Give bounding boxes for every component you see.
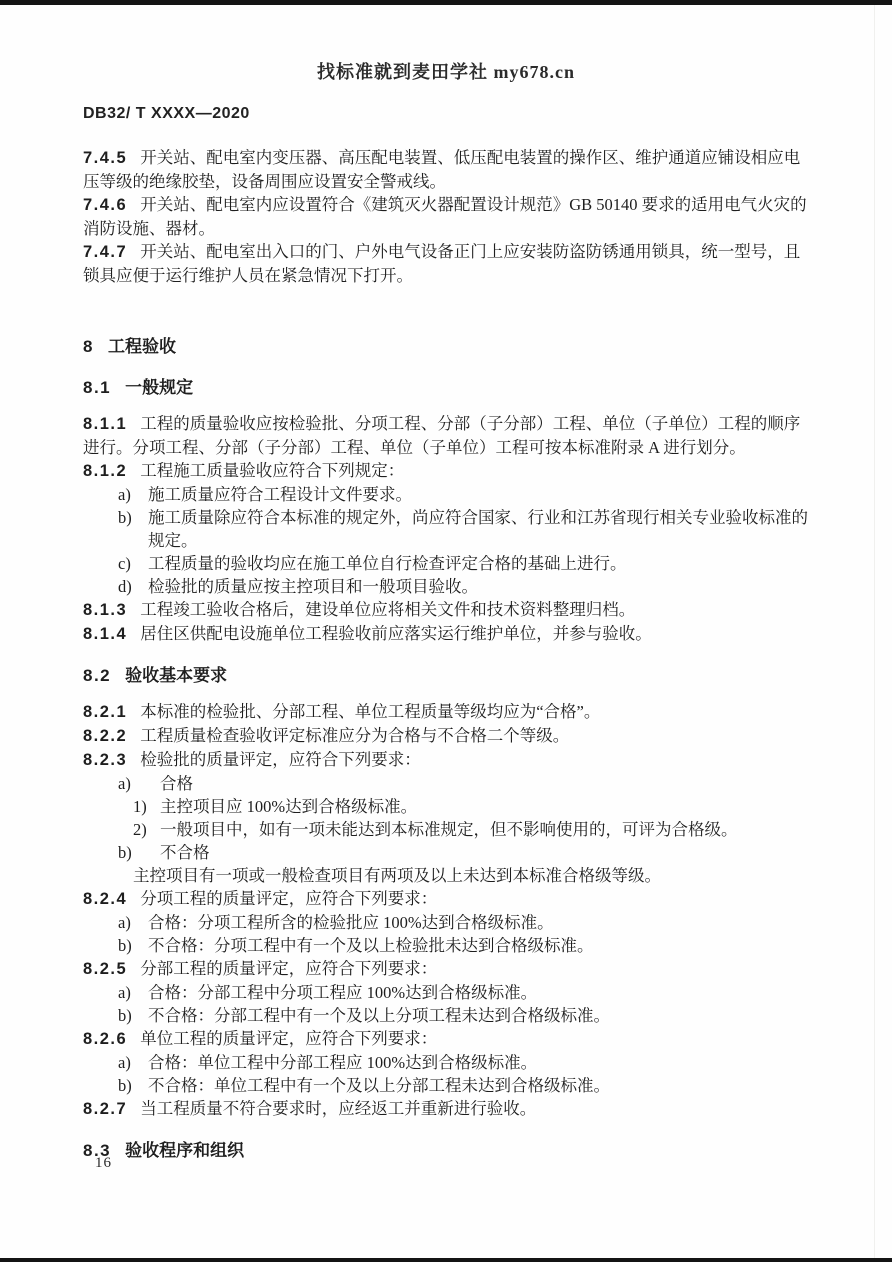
subsection-heading: 8.2验收基本要求 bbox=[83, 664, 811, 687]
list-marker: b) bbox=[118, 1074, 132, 1097]
subsection-heading: 8.1一般规定 bbox=[83, 376, 811, 399]
clause-text: 单位工程的质量评定，应符合下列要求： bbox=[140, 1029, 437, 1048]
clause-text: 工程质量的验收均应在施工单位自行检查评定合格的基础上进行。 bbox=[148, 554, 627, 573]
clause-number: 8.1.1 bbox=[83, 415, 127, 433]
clause-text: 检验批的质量应按主控项目和一般项目验收。 bbox=[148, 577, 478, 596]
numbered-item: 2)一般项目中，如有一项未能达到本标准规定，但不影响使用的，可评为合格级。 bbox=[83, 818, 811, 841]
list-marker: b) bbox=[118, 1004, 132, 1027]
list-marker: c) bbox=[118, 552, 131, 575]
clause-text: 合格 bbox=[160, 774, 193, 793]
clause-text: 主控项目有一项或一般检查项目有两项及以上未达到本标准合格级等级。 bbox=[133, 866, 661, 885]
clause-text: 开关站、配电室内变压器、高压配电装置、低压配电装置的操作区、维护通道应铺设相应电… bbox=[83, 148, 800, 191]
clause: 8.1.2工程施工质量验收应符合下列规定： bbox=[83, 459, 811, 483]
clause: 8.2.4分项工程的质量评定，应符合下列要求： bbox=[83, 887, 811, 911]
list-marker: a) bbox=[118, 981, 131, 1004]
clause-number: 8.2.6 bbox=[83, 1030, 127, 1048]
clause-number: 8.2.7 bbox=[83, 1100, 127, 1118]
clause-text: 一般项目中，如有一项未能达到本标准规定，但不影响使用的，可评为合格级。 bbox=[160, 820, 738, 839]
clause-text: 工程质量检查验收评定标准应分为合格与不合格二个等级。 bbox=[140, 726, 569, 745]
clause-text: 居住区供配电设施单位工程验收前应落实运行维护单位，并参与验收。 bbox=[140, 624, 652, 643]
clause-number: 8.1 bbox=[83, 378, 111, 397]
clause: 8.2.1本标准的检验批、分部工程、单位工程质量等级均应为“合格”。 bbox=[83, 700, 811, 724]
list-item: b)不合格：单位工程中有一个及以上分部工程未达到合格级标准。 bbox=[83, 1074, 811, 1097]
page-number: 16 bbox=[95, 1155, 112, 1172]
list-item: d)检验批的质量应按主控项目和一般项目验收。 bbox=[83, 575, 811, 598]
clause-number: 7.4.7 bbox=[83, 243, 127, 261]
watermark-text: 找标准就到麦田学社 my678.cn bbox=[0, 58, 892, 84]
clause: 8.2.6单位工程的质量评定，应符合下列要求： bbox=[83, 1027, 811, 1051]
clause: 8.1.3工程竣工验收合格后，建设单位应将相关文件和技术资料整理归档。 bbox=[83, 598, 811, 622]
clause-number: 8.2.2 bbox=[83, 727, 127, 745]
clause-text: 验收基本要求 bbox=[125, 666, 227, 685]
clause: 7.4.5开关站、配电室内变压器、高压配电装置、低压配电装置的操作区、维护通道应… bbox=[83, 146, 811, 193]
clause-text: 开关站、配电室内应设置符合《建筑灭火器配置设计规范》GB 50140 要求的适用… bbox=[83, 195, 807, 238]
list-item: a)合格：分部工程中分项工程应 100%达到合格级标准。 bbox=[83, 981, 811, 1004]
clause-text: 主控项目应 100%达到合格级标准。 bbox=[160, 797, 417, 816]
clause-number: 8 bbox=[83, 337, 94, 356]
list-item: c)工程质量的验收均应在施工单位自行检查评定合格的基础上进行。 bbox=[83, 552, 811, 575]
list-item: a)合格：分项工程所含的检验批应 100%达到合格级标准。 bbox=[83, 911, 811, 934]
list-item: a)合格：单位工程中分部工程应 100%达到合格级标准。 bbox=[83, 1051, 811, 1074]
clause-text: 分项工程的质量评定，应符合下列要求： bbox=[140, 889, 437, 908]
clause-text: 合格：分部工程中分项工程应 100%达到合格级标准。 bbox=[148, 983, 537, 1002]
doc-number: DB32/ T XXXX—2020 bbox=[83, 105, 250, 123]
clause-text: 施工质量应符合工程设计文件要求。 bbox=[148, 485, 412, 504]
clause-text: 工程竣工验收合格后，建设单位应将相关文件和技术资料整理归档。 bbox=[140, 600, 635, 619]
clause-text: 本标准的检验批、分部工程、单位工程质量等级均应为“合格”。 bbox=[140, 702, 600, 721]
list-item: b)不合格 bbox=[83, 841, 811, 864]
list-item: b)不合格：分部工程中有一个及以上分项工程未达到合格级标准。 bbox=[83, 1004, 811, 1027]
clause-text: 合格：分项工程所含的检验批应 100%达到合格级标准。 bbox=[148, 913, 554, 932]
clause-text: 不合格：分项工程中有一个及以上检验批未达到合格级标准。 bbox=[148, 936, 594, 955]
clause-text: 当工程质量不符合要求时，应经返工并重新进行验收。 bbox=[140, 1099, 536, 1118]
list-item: b)施工质量除应符合本标准的规定外，尚应符合国家、行业和江苏省现行相关专业验收标… bbox=[83, 506, 811, 552]
clause-number: 8.2.1 bbox=[83, 703, 127, 721]
scan-edge-bottom bbox=[0, 1258, 892, 1262]
list-marker: a) bbox=[118, 1051, 131, 1074]
list-item: a)施工质量应符合工程设计文件要求。 bbox=[83, 483, 811, 506]
clause-number: 7.4.6 bbox=[83, 196, 127, 214]
list-marker: a) bbox=[118, 772, 131, 795]
clause-number: 8.2.3 bbox=[83, 751, 127, 769]
list-marker: b) bbox=[118, 841, 132, 864]
scan-artifact-line bbox=[874, 5, 875, 1258]
clause: 8.2.5分部工程的质量评定，应符合下列要求： bbox=[83, 957, 811, 981]
clause: 8.2.7当工程质量不符合要求时，应经返工并重新进行验收。 bbox=[83, 1097, 811, 1121]
clause: 8.1.4居住区供配电设施单位工程验收前应落实运行维护单位，并参与验收。 bbox=[83, 622, 811, 646]
clause-text: 工程的质量验收应按检验批、分项工程、分部（子分部）工程、单位（子单位）工程的顺序… bbox=[83, 414, 800, 457]
clause-text: 工程验收 bbox=[108, 337, 176, 356]
subsection-heading: 8.3验收程序和组织 bbox=[83, 1139, 811, 1162]
clause-text: 验收程序和组织 bbox=[125, 1141, 244, 1160]
clause-text: 分部工程的质量评定，应符合下列要求： bbox=[140, 959, 437, 978]
clause-text: 不合格：单位工程中有一个及以上分部工程未达到合格级标准。 bbox=[148, 1076, 610, 1095]
scan-edge-top bbox=[0, 0, 892, 5]
clause-number: 7.4.5 bbox=[83, 149, 127, 167]
list-item: b)不合格：分项工程中有一个及以上检验批未达到合格级标准。 bbox=[83, 934, 811, 957]
numbered-item: 1)主控项目应 100%达到合格级标准。 bbox=[83, 795, 811, 818]
clause-text: 不合格 bbox=[160, 843, 210, 862]
clause-number: 8.1.2 bbox=[83, 462, 127, 480]
clause: 7.4.7开关站、配电室出入口的门、户外电气设备正门上应安装防盗防锈通用锁具，统… bbox=[83, 240, 811, 287]
clause: 8.1.1工程的质量验收应按检验批、分项工程、分部（子分部）工程、单位（子单位）… bbox=[83, 412, 811, 459]
clause-text: 一般规定 bbox=[125, 378, 193, 397]
clause-text: 合格：单位工程中分部工程应 100%达到合格级标准。 bbox=[148, 1053, 537, 1072]
clause-text: 工程施工质量验收应符合下列规定： bbox=[140, 461, 404, 480]
list-marker: a) bbox=[118, 483, 131, 506]
clause-number: 8.2.5 bbox=[83, 960, 127, 978]
list-marker: b) bbox=[118, 934, 132, 957]
clause-number: 8.2 bbox=[83, 666, 111, 685]
list-item: a)合格 bbox=[83, 772, 811, 795]
clause: 8.2.3检验批的质量评定，应符合下列要求： bbox=[83, 748, 811, 772]
section-heading: 8工程验收 bbox=[83, 335, 811, 358]
list-marker: 2) bbox=[133, 818, 147, 841]
clause-text: 检验批的质量评定，应符合下列要求： bbox=[140, 750, 421, 769]
document-body: 7.4.5开关站、配电室内变压器、高压配电装置、低压配电装置的操作区、维护通道应… bbox=[83, 146, 811, 1175]
clause-number: 8.2.4 bbox=[83, 890, 127, 908]
document-page: 找标准就到麦田学社 my678.cn DB32/ T XXXX—2020 7.4… bbox=[0, 0, 892, 1262]
list-marker: d) bbox=[118, 575, 132, 598]
clause-text: 不合格：分部工程中有一个及以上分项工程未达到合格级标准。 bbox=[148, 1006, 610, 1025]
clause-text: 施工质量除应符合本标准的规定外，尚应符合国家、行业和江苏省现行相关专业验收标准的… bbox=[148, 508, 808, 550]
clause: 8.2.2工程质量检查验收评定标准应分为合格与不合格二个等级。 bbox=[83, 724, 811, 748]
clause: 7.4.6开关站、配电室内应设置符合《建筑灭火器配置设计规范》GB 50140 … bbox=[83, 193, 811, 240]
list-marker: 1) bbox=[133, 795, 147, 818]
clause-text: 开关站、配电室出入口的门、户外电气设备正门上应安装防盗防锈通用锁具，统一型号，且… bbox=[83, 242, 800, 285]
list-marker: b) bbox=[118, 506, 132, 529]
clause-number: 8.1.4 bbox=[83, 625, 127, 643]
continuation-line: 主控项目有一项或一般检查项目有两项及以上未达到本标准合格级等级。 bbox=[83, 864, 811, 887]
clause-number: 8.1.3 bbox=[83, 601, 127, 619]
list-marker: a) bbox=[118, 911, 131, 934]
